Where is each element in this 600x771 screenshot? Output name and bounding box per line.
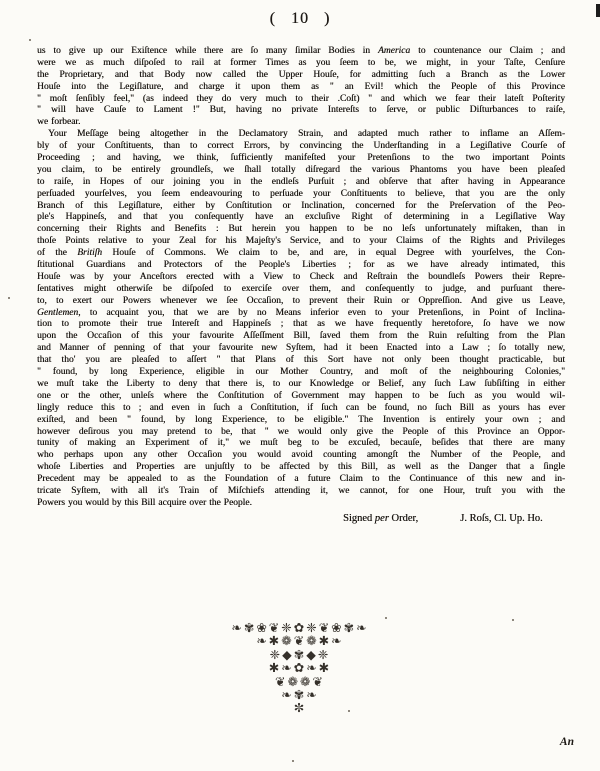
catchword: An [560,736,574,748]
scan-edge-artifact [596,4,600,17]
text-line: however deſirous you may pretend to be, … [37,427,565,439]
text-line: Gentlemen, to acquaint you, that we are … [37,308,565,320]
scan-speck [512,619,514,621]
text-line: Houſe into the Legiſlature, and charge i… [37,82,565,94]
text-line: you claim, to be entirely groundleſs, we… [37,165,565,177]
text-line: Your Meſſage being altogether in the Dec… [37,129,565,141]
ornament-row: ✼ [0,701,600,714]
ornament-row: ❧✾❀❦❈✿❈❦❀✾❧ [0,621,600,634]
text-line: thoſe Points relative to your Zeal for h… [37,236,565,248]
scan-speck [29,39,31,41]
signature-name: J. Roſs, Cl. Up. Ho. [460,513,543,524]
text-line: tion to promote their true Intereſt and … [37,319,565,331]
text-line: bly of your Conſtituents, than to correc… [37,141,565,153]
text-line: " moſt ſenſibly feel," (as indeed they d… [37,94,565,106]
text-line: ple's Happineſs, and that you conſequent… [37,212,565,224]
text-line: concerning their Rights and Benefits : B… [37,224,565,236]
text-line: " found, by long Experience, eligible in… [37,367,565,379]
text-line: us to give up our Exiſtence while there … [37,46,565,58]
ornament-row: ❧✱❁❦❁✱❧ [0,634,600,647]
ornament-row: ❦❁❁❦ [0,675,600,688]
signature-line: Signed per Order, J. Roſs, Cl. Up. Ho. [37,513,565,524]
page-number: ( 10 ) [0,10,600,28]
text-line: perſuaded yourſelves, you ſeem endeavour… [37,189,565,201]
ornament-row: ❈◆✾◆❈ [0,648,600,661]
text-line: Precedent may be appealed to as the Foun… [37,474,565,486]
catchword-text: An [560,736,574,748]
signature-order-word: Order, [391,513,418,524]
scan-speck [8,297,10,299]
text-line: tricate Syſtem, with all it's Train of M… [37,486,565,498]
text-line: " will have Cauſe to Lament !" But, havi… [37,105,565,117]
text-line: Powers you would by this Bill acquire ov… [37,498,565,510]
text-line: whoſe Liberties and Properties are unjuſ… [37,462,565,474]
text-line: who perhaps upon any other Occaſion you … [37,450,565,462]
text-line: ſtitutional Guardians and Protectors of … [37,260,565,272]
scan-speck [385,617,387,619]
ornament-row: ❧✾❧ [0,688,600,701]
signature-signed: Signed [343,513,372,524]
text-line: were we as much diſpoſed to rail at form… [37,58,565,70]
text-line: and Manner of penning of that your favou… [37,343,565,355]
text-line: of the Britiſh Houſe of Commons. We clai… [37,248,565,260]
text-line: that tho' you are pleaſed to aſſert " th… [37,355,565,367]
text-line: to raiſe, in Hopes of our joining you in… [37,177,565,189]
text-line: exiſted, and been " found, by long Exper… [37,415,565,427]
text-line: we muſt take the Liberty to deny that th… [37,379,565,391]
printer-ornament: ❧✾❀❦❈✿❈❦❀✾❧❧✱❁❦❁✱❧❈◆✾◆❈✱❧✿❧✱❦❁❁❦❧✾❧✼ [0,621,600,715]
text-line: one or the other, unleſs where the Conſt… [37,391,565,403]
signature-order: Signed per Order, [343,513,418,524]
text-line: ſentatives might otherwiſe be diſpoſed t… [37,284,565,296]
signature-per: per [375,513,389,524]
scan-speck [348,710,350,712]
text-line: tunity of making an Experiment of it," w… [37,438,565,450]
text-line: we forbear. [37,117,565,129]
text-line: Proceeding ; and having, we think, ſuffi… [37,153,565,165]
text-line: Houſe was by your Anceſtors erected with… [37,272,565,284]
body-text: us to give up our Exiſtence while there … [37,46,565,524]
document-page: ( 10 ) us to give up our Exiſtence while… [0,0,600,771]
text-line: upon the Occaſion of this your favourite… [37,331,565,343]
text-line: Branch of this Legiſlature, either by Co… [37,201,565,213]
scan-speck [292,760,294,762]
text-line: lingly reduce this to ; and even in ſuch… [37,403,565,415]
ornament-row: ✱❧✿❧✱ [0,661,600,674]
text-line: the Proprietary, and that Body now calle… [37,70,565,82]
text-line: to, to exert our Powers whenever we ſee … [37,296,565,308]
